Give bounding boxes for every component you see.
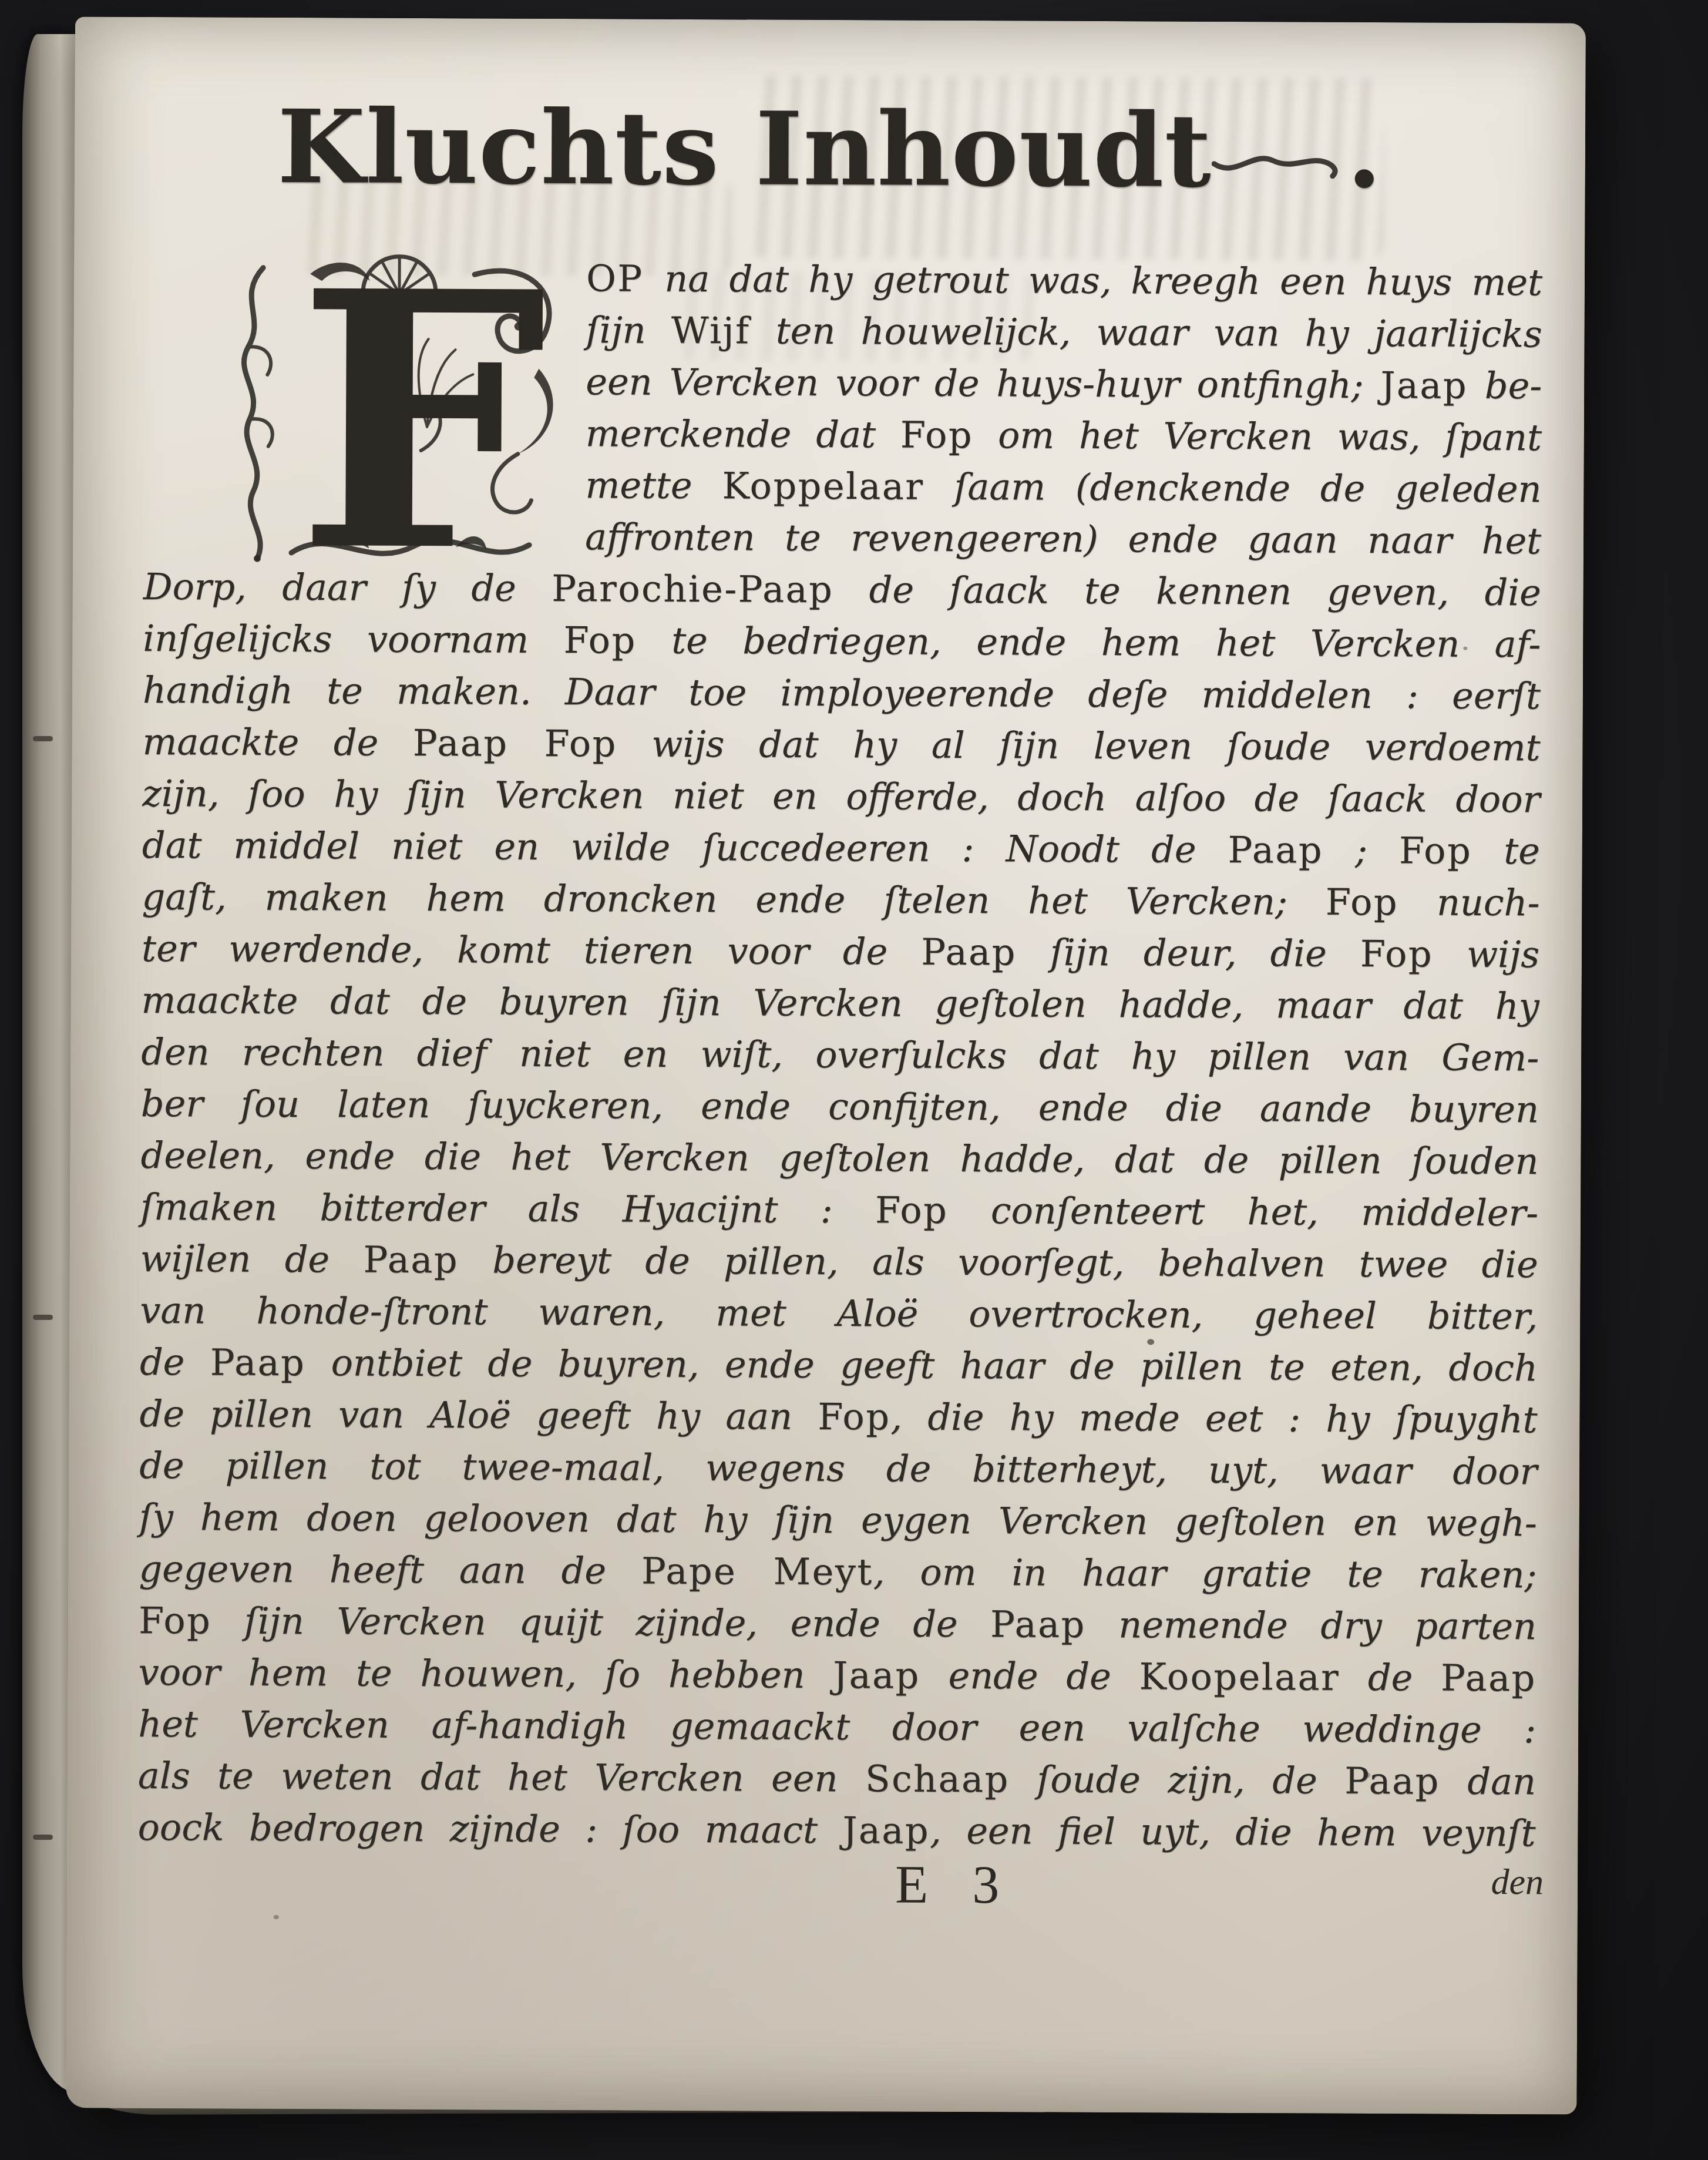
italic-text-segment: na dat hy getrout was, kreegh een huys m…	[664, 257, 1542, 304]
binding-stitch	[33, 1835, 53, 1840]
body-line: dat middel niet en wilde ſuccedeeren : N…	[142, 819, 1540, 877]
italic-text-segment: gegeven heeft aan de	[139, 1547, 641, 1593]
italic-text-segment: bereyt de pillen, als voorſegt, behalven…	[459, 1238, 1538, 1286]
italic-text-segment: de ſaack te kennen geven, die	[833, 568, 1541, 614]
roman-name-segment: Jaap	[833, 1654, 920, 1697]
italic-text-segment: nemende dry parten	[1086, 1603, 1537, 1648]
roman-name-segment: Paap Fop	[413, 721, 617, 765]
italic-text-segment: be-	[1468, 364, 1542, 408]
roman-name-segment: Koopelaar	[1139, 1655, 1340, 1698]
italic-text-segment: ten houwelijck, waar van hy jaarlijcks	[750, 309, 1542, 355]
italic-text-segment: ſoude zijn, de	[1010, 1758, 1345, 1802]
roman-name-segment: Paap	[210, 1341, 306, 1384]
italic-text-segment: conſenteert het, middeler-	[948, 1189, 1538, 1234]
roman-name-segment: Fop	[1326, 881, 1398, 924]
italic-text-segment: maackte de	[142, 720, 413, 764]
italic-text-segment: een Vercken voor de huys-huyr ontfingh;	[586, 360, 1381, 407]
italic-text-segment: de	[1340, 1656, 1441, 1699]
italic-text-segment: affronten te revengeeren) ende gaan naar…	[585, 515, 1541, 562]
roman-name-segment: Wijf	[671, 309, 751, 352]
roman-name-segment: OP	[586, 257, 665, 300]
body-line: de pillen tot twee-maal, wegens de bitte…	[139, 1440, 1537, 1497]
page-title-period: .	[1347, 92, 1383, 211]
italic-text-segment: ontbiet de buyren, ende geeft haar de pi…	[305, 1341, 1538, 1389]
body-line: wijlen de Paap bereyt de pillen, als voo…	[140, 1233, 1538, 1291]
italic-text-segment: ſmaken bitterder als Hyacijnt :	[140, 1185, 875, 1231]
italic-text-segment: te	[1472, 829, 1540, 873]
italic-text-segment: wijs	[1433, 932, 1539, 976]
roman-name-segment: Paap	[1441, 1657, 1536, 1700]
roman-name-segment: Paap	[1228, 828, 1323, 872]
body-line: de Paap ontbiet de buyren, ende geeft ha…	[140, 1336, 1538, 1394]
italic-text-segment: Dorp, daar ſy de	[143, 565, 552, 610]
binding-stitch	[33, 1315, 53, 1320]
italic-text-segment: ;	[1323, 829, 1399, 872]
roman-name-segment: Schaap	[865, 1757, 1010, 1800]
page-title: Kluchts Inhoudt .	[75, 86, 1586, 211]
binding-stitch	[33, 736, 53, 741]
body-line: van honde-ſtront waren, met Aloë overtro…	[140, 1285, 1538, 1342]
italic-text-segment: dan	[1440, 1760, 1536, 1803]
page-title-text: Kluchts Inhoudt	[277, 87, 1212, 210]
body-line: gegeven heeft aan de Pape Meyt, om in ha…	[139, 1543, 1536, 1601]
body-line: deelen, ende die het Vercken geſtolen ha…	[140, 1130, 1538, 1187]
body-line: ber ſou laten ſuyckeren, ende confijten,…	[141, 1078, 1539, 1136]
italic-text-segment: wijs dat hy al ſijn leven ſoude verdoemt	[617, 722, 1541, 769]
italic-text-segment: ter werdende, komt tieren voor de	[142, 927, 922, 973]
italic-text-segment: ſy hem doen gelooven dat hy ſijn eygen V…	[139, 1496, 1537, 1544]
roman-name-segment: Fop	[900, 414, 973, 457]
photo-background: Kluchts Inhoudt .	[0, 0, 1708, 2160]
body-line: inſgelijcks voornam Fop te bedriegen, en…	[143, 613, 1541, 670]
body-line: ſmaken bitterder als Hyacijnt : Fop conſ…	[140, 1181, 1538, 1239]
body-line: oock bedrogen zijnde : ſoo maact Jaap, e…	[137, 1802, 1535, 1859]
signature-mark: E 3	[895, 1853, 1015, 1916]
roman-name-segment: Fop	[563, 619, 636, 662]
body-line: de pillen van Aloë geeft hy aan Fop, die…	[139, 1388, 1537, 1446]
book-page: Kluchts Inhoudt .	[66, 16, 1586, 2114]
roman-name-segment: Paap	[921, 930, 1017, 974]
italic-text-segment: gaſt, maken hem droncken ende ſtelen het…	[142, 875, 1326, 923]
roman-name-segment: Koppelaar	[722, 464, 924, 508]
roman-name-segment: Paap	[990, 1603, 1086, 1646]
italic-text-segment: ende de	[920, 1654, 1139, 1698]
roman-name-segment: Paap	[363, 1238, 459, 1282]
body-line: OP na dat hy getrout was, kreegh een huy…	[144, 251, 1542, 308]
italic-text-segment: , die hy mede eet : hy ſpuyght	[890, 1395, 1537, 1441]
italic-text-segment: te bedriegen, ende hem het Vercken af-	[637, 619, 1541, 666]
italic-text-segment: de pillen van Aloë geeft hy aan	[139, 1392, 818, 1438]
italic-text-segment: voor hem te houwen, ſo hebben	[139, 1651, 833, 1697]
footer-row: E 3 den	[137, 1853, 1535, 1911]
body-line: het Vercken af-handigh gemaackt door een…	[138, 1698, 1536, 1756]
body-line: ter werdende, komt tieren voor de Paap ſ…	[142, 923, 1539, 980]
italic-text-segment: als te weten dat het Vercken een	[138, 1754, 865, 1800]
roman-name-segment: Fop	[818, 1395, 890, 1439]
body-line: zijn, ſoo hy ſijn Vercken niet en offerd…	[142, 768, 1540, 825]
roman-name-segment: Fop	[1399, 829, 1472, 872]
italic-text-segment: deelen, ende die het Vercken geſtolen ha…	[140, 1134, 1538, 1183]
italic-text-segment: ſaam (denckende de geleden	[924, 465, 1541, 511]
italic-text-segment: van honde-ſtront waren, met Aloë overtro…	[140, 1289, 1538, 1338]
body-line: ſijn Wijf ten houwelijck, waar van hy ja…	[144, 303, 1542, 360]
italic-text-segment: de	[140, 1341, 210, 1384]
body-line: Dorp, daar ſy de Parochie-Paap de ſaack …	[143, 561, 1541, 619]
body-line: voor hem te houwen, ſo hebben Jaap ende …	[139, 1647, 1536, 1704]
roman-name-segment: Parochie-Paap	[552, 567, 833, 611]
body-line: ſy hem doen gelooven dat hy ſijn eygen V…	[139, 1491, 1537, 1549]
italic-text-segment: , een fiel uyt, die hem veynſt	[930, 1809, 1536, 1855]
roman-name-segment: Fop	[1360, 932, 1433, 976]
italic-text-segment: handigh te maken. Daar toe imployeerende…	[143, 669, 1541, 717]
roman-name-segment: Jaap	[1380, 364, 1468, 407]
italic-text-segment: ſijn deur, die	[1017, 930, 1360, 975]
italic-text-segment: zijn, ſoo hy ſijn Vercken niet en offerd…	[142, 772, 1540, 821]
italic-text-segment: merckende dat	[586, 412, 900, 456]
body-text: OP na dat hy getrout was, kreegh een huy…	[137, 251, 1542, 1859]
italic-text-segment: ber ſou laten ſuyckeren, ende confijten,…	[141, 1082, 1539, 1131]
roman-name-segment: Jaap	[842, 1809, 930, 1852]
body-line: maackte dat de buyren ſijn Vercken geſto…	[142, 975, 1539, 1032]
italic-text-segment: inſgelijcks voornam	[143, 617, 563, 661]
italic-text-segment: oock bedrogen zijnde : ſoo maact	[137, 1806, 842, 1852]
italic-text-segment: ſijn	[586, 308, 672, 352]
roman-name-segment: Fop	[875, 1188, 948, 1232]
body-line: affronten te revengeeren) ende gaan naar…	[143, 509, 1541, 567]
body-line: handigh te maken. Daar toe imployeerende…	[143, 664, 1541, 722]
italic-text-segment: wijlen de	[140, 1237, 364, 1281]
body-line: maackte de Paap Fop wijs dat hy al ſijn …	[142, 716, 1540, 774]
italic-text-segment: om het Vercken was, ſpant	[973, 414, 1542, 459]
italic-text-segment: ſijn Vercken quijt zijnde, ende de	[211, 1599, 990, 1645]
italic-text-segment: nuch-	[1398, 881, 1540, 924]
body-line: een Vercken voor de huys-huyr ontfingh; …	[144, 354, 1542, 412]
roman-name-segment: Pape Meyt	[641, 1550, 873, 1594]
italic-text-segment: maackte dat de buyren ſijn Vercken geſto…	[142, 979, 1539, 1027]
italic-text-segment: mette	[585, 463, 722, 507]
body-line: mette Koppelaar ſaam (denckende de geled…	[143, 458, 1541, 515]
italic-text-segment: , om in haar gratie te raken;	[873, 1550, 1537, 1596]
body-line: Fop ſijn Vercken quijt zijnde, ende de P…	[139, 1595, 1536, 1652]
body-line: merckende dat Fop om het Vercken was, ſp…	[144, 406, 1542, 463]
italic-text-segment: den rechten dief niet en wiſt, overſulck…	[141, 1030, 1539, 1079]
body-line: als te weten dat het Vercken een Schaap …	[138, 1750, 1536, 1808]
title-flourish-icon	[1212, 137, 1347, 190]
italic-text-segment: het Vercken af-handigh gemaackt door een…	[138, 1702, 1536, 1751]
body-line: den rechten dief niet en wiſt, overſulck…	[141, 1026, 1539, 1084]
catchword: den	[1491, 1862, 1544, 1903]
roman-name-segment: Paap	[1344, 1759, 1440, 1803]
italic-text-segment: dat middel niet en wilde ſuccedeeren : N…	[142, 824, 1228, 871]
italic-text-segment: de pillen tot twee-maal, wegens de bitte…	[139, 1444, 1537, 1493]
roman-name-segment: Fop	[139, 1599, 211, 1642]
paper-fleck	[274, 1915, 279, 1919]
body-line: gaſt, maken hem droncken ende ſtelen het…	[142, 871, 1539, 929]
